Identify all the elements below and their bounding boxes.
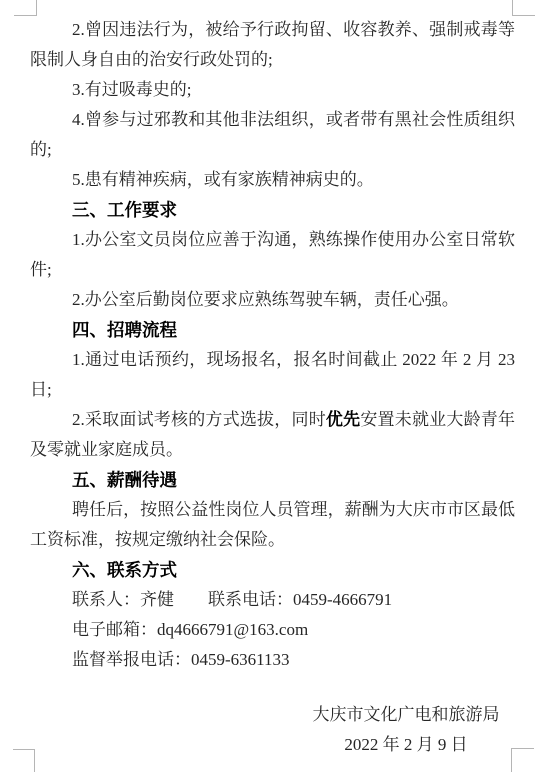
text-segment: 1.办公室文员岗位应善于沟通，熟练操作使用办公室日常软 [72,230,515,249]
doc-heading-line: 六、联系方式 [30,555,515,585]
crop-mark-top-right [512,0,535,16]
doc-heading-line: 五、薪酬待遇 [30,465,515,495]
text-segment: 的; [30,140,52,159]
text-segment: 五、薪酬待遇 [72,470,177,490]
doc-body-line: 2.曾因违法行为，被给予行政拘留、收容教养、强制戒毒等 [30,15,515,45]
doc-body-line: 件; [30,255,515,285]
text-segment: 2.办公室后勤岗位要求应熟练驾驶车辆，责任心强。 [72,290,459,309]
doc-body-line: 联系人：齐健 联系电话：0459-4666791 [30,585,515,615]
text-segment: 监督举报电话：0459-6361133 [72,650,290,669]
doc-body-line: 1.通过电话预约，现场报名，报名时间截止 2022 年 2 月 23 [30,345,515,375]
doc-body-line: 1.办公室文员岗位应善于沟通，熟练操作使用办公室日常软 [30,225,515,255]
doc-body-line: 的; [30,135,515,165]
crop-mark-bottom-left [13,749,35,772]
doc-lines: 2.曾因违法行为，被给予行政拘留、收容教养、强制戒毒等限制人身自由的治安行政处罚… [30,15,515,675]
crop-mark-bottom-right [511,748,534,772]
text-segment: 2.曾因违法行为，被给予行政拘留、收容教养、强制戒毒等 [72,20,515,39]
text-segment: 三、工作要求 [72,200,177,220]
signature-block: 大庆市文化广电和旅游局 2022 年 2 月 9 日 [310,700,502,760]
text-segment: 聘任后，按照公益性岗位人员管理，薪酬为大庆市市区最低 [72,500,515,519]
doc-body-line: 电子邮箱：dq4666791@163.com [30,615,515,645]
text-segment: 六、联系方式 [72,560,177,580]
text-segment: 3.有过吸毒史的; [72,80,191,99]
text-segment: 安置未就业大龄青年 [360,410,515,429]
crop-mark-top-left [14,0,37,16]
text-segment: 4.曾参与过邪教和其他非法组织，或者带有黑社会性质组织 [72,110,515,129]
text-segment: 1.通过电话预约，现场报名，报名时间截止 2022 年 2 月 23 [72,350,515,369]
doc-body-line: 5.患有精神疾病，或有家族精神病史的。 [30,165,515,195]
text-segment: 及零就业家庭成员。 [30,440,183,459]
text-segment: 联系人：齐健 联系电话：0459-4666791 [72,590,392,609]
text-segment: 电子邮箱：dq4666791@163.com [72,620,308,639]
doc-body-line: 及零就业家庭成员。 [30,435,515,465]
doc-body-line: 聘任后，按照公益性岗位人员管理，薪酬为大庆市市区最低 [30,495,515,525]
text-segment: 四、招聘流程 [72,320,177,340]
signature-date: 2022 年 2 月 9 日 [310,730,502,760]
doc-heading-line: 四、招聘流程 [30,315,515,345]
emphasized-text: 优先 [326,410,360,429]
document-page: 2.曾因违法行为，被给予行政拘留、收容教养、强制戒毒等限制人身自由的治安行政处罚… [0,0,555,772]
doc-body-line: 2.采取面试考核的方式选拔，同时优先安置未就业大龄青年 [30,405,515,435]
text-segment: 日; [30,380,52,399]
text-segment: 2.采取面试考核的方式选拔，同时 [72,410,326,429]
doc-body-line: 限制人身自由的治安行政处罚的; [30,45,515,75]
doc-body-line: 2.办公室后勤岗位要求应熟练驾驶车辆，责任心强。 [30,285,515,315]
signature-org: 大庆市文化广电和旅游局 [310,700,502,730]
doc-body-line: 工资标准，按规定缴纳社会保险。 [30,525,515,555]
doc-body-line: 日; [30,375,515,405]
doc-body-line: 4.曾参与过邪教和其他非法组织，或者带有黑社会性质组织 [30,105,515,135]
doc-heading-line: 三、工作要求 [30,195,515,225]
text-segment: 件; [30,260,52,279]
text-segment: 限制人身自由的治安行政处罚的; [30,50,273,69]
text-segment: 5.患有精神疾病，或有家族精神病史的。 [72,170,374,189]
doc-body-line: 监督举报电话：0459-6361133 [30,645,515,675]
text-segment: 工资标准，按规定缴纳社会保险。 [30,530,285,549]
doc-body-line: 3.有过吸毒史的; [30,75,515,105]
